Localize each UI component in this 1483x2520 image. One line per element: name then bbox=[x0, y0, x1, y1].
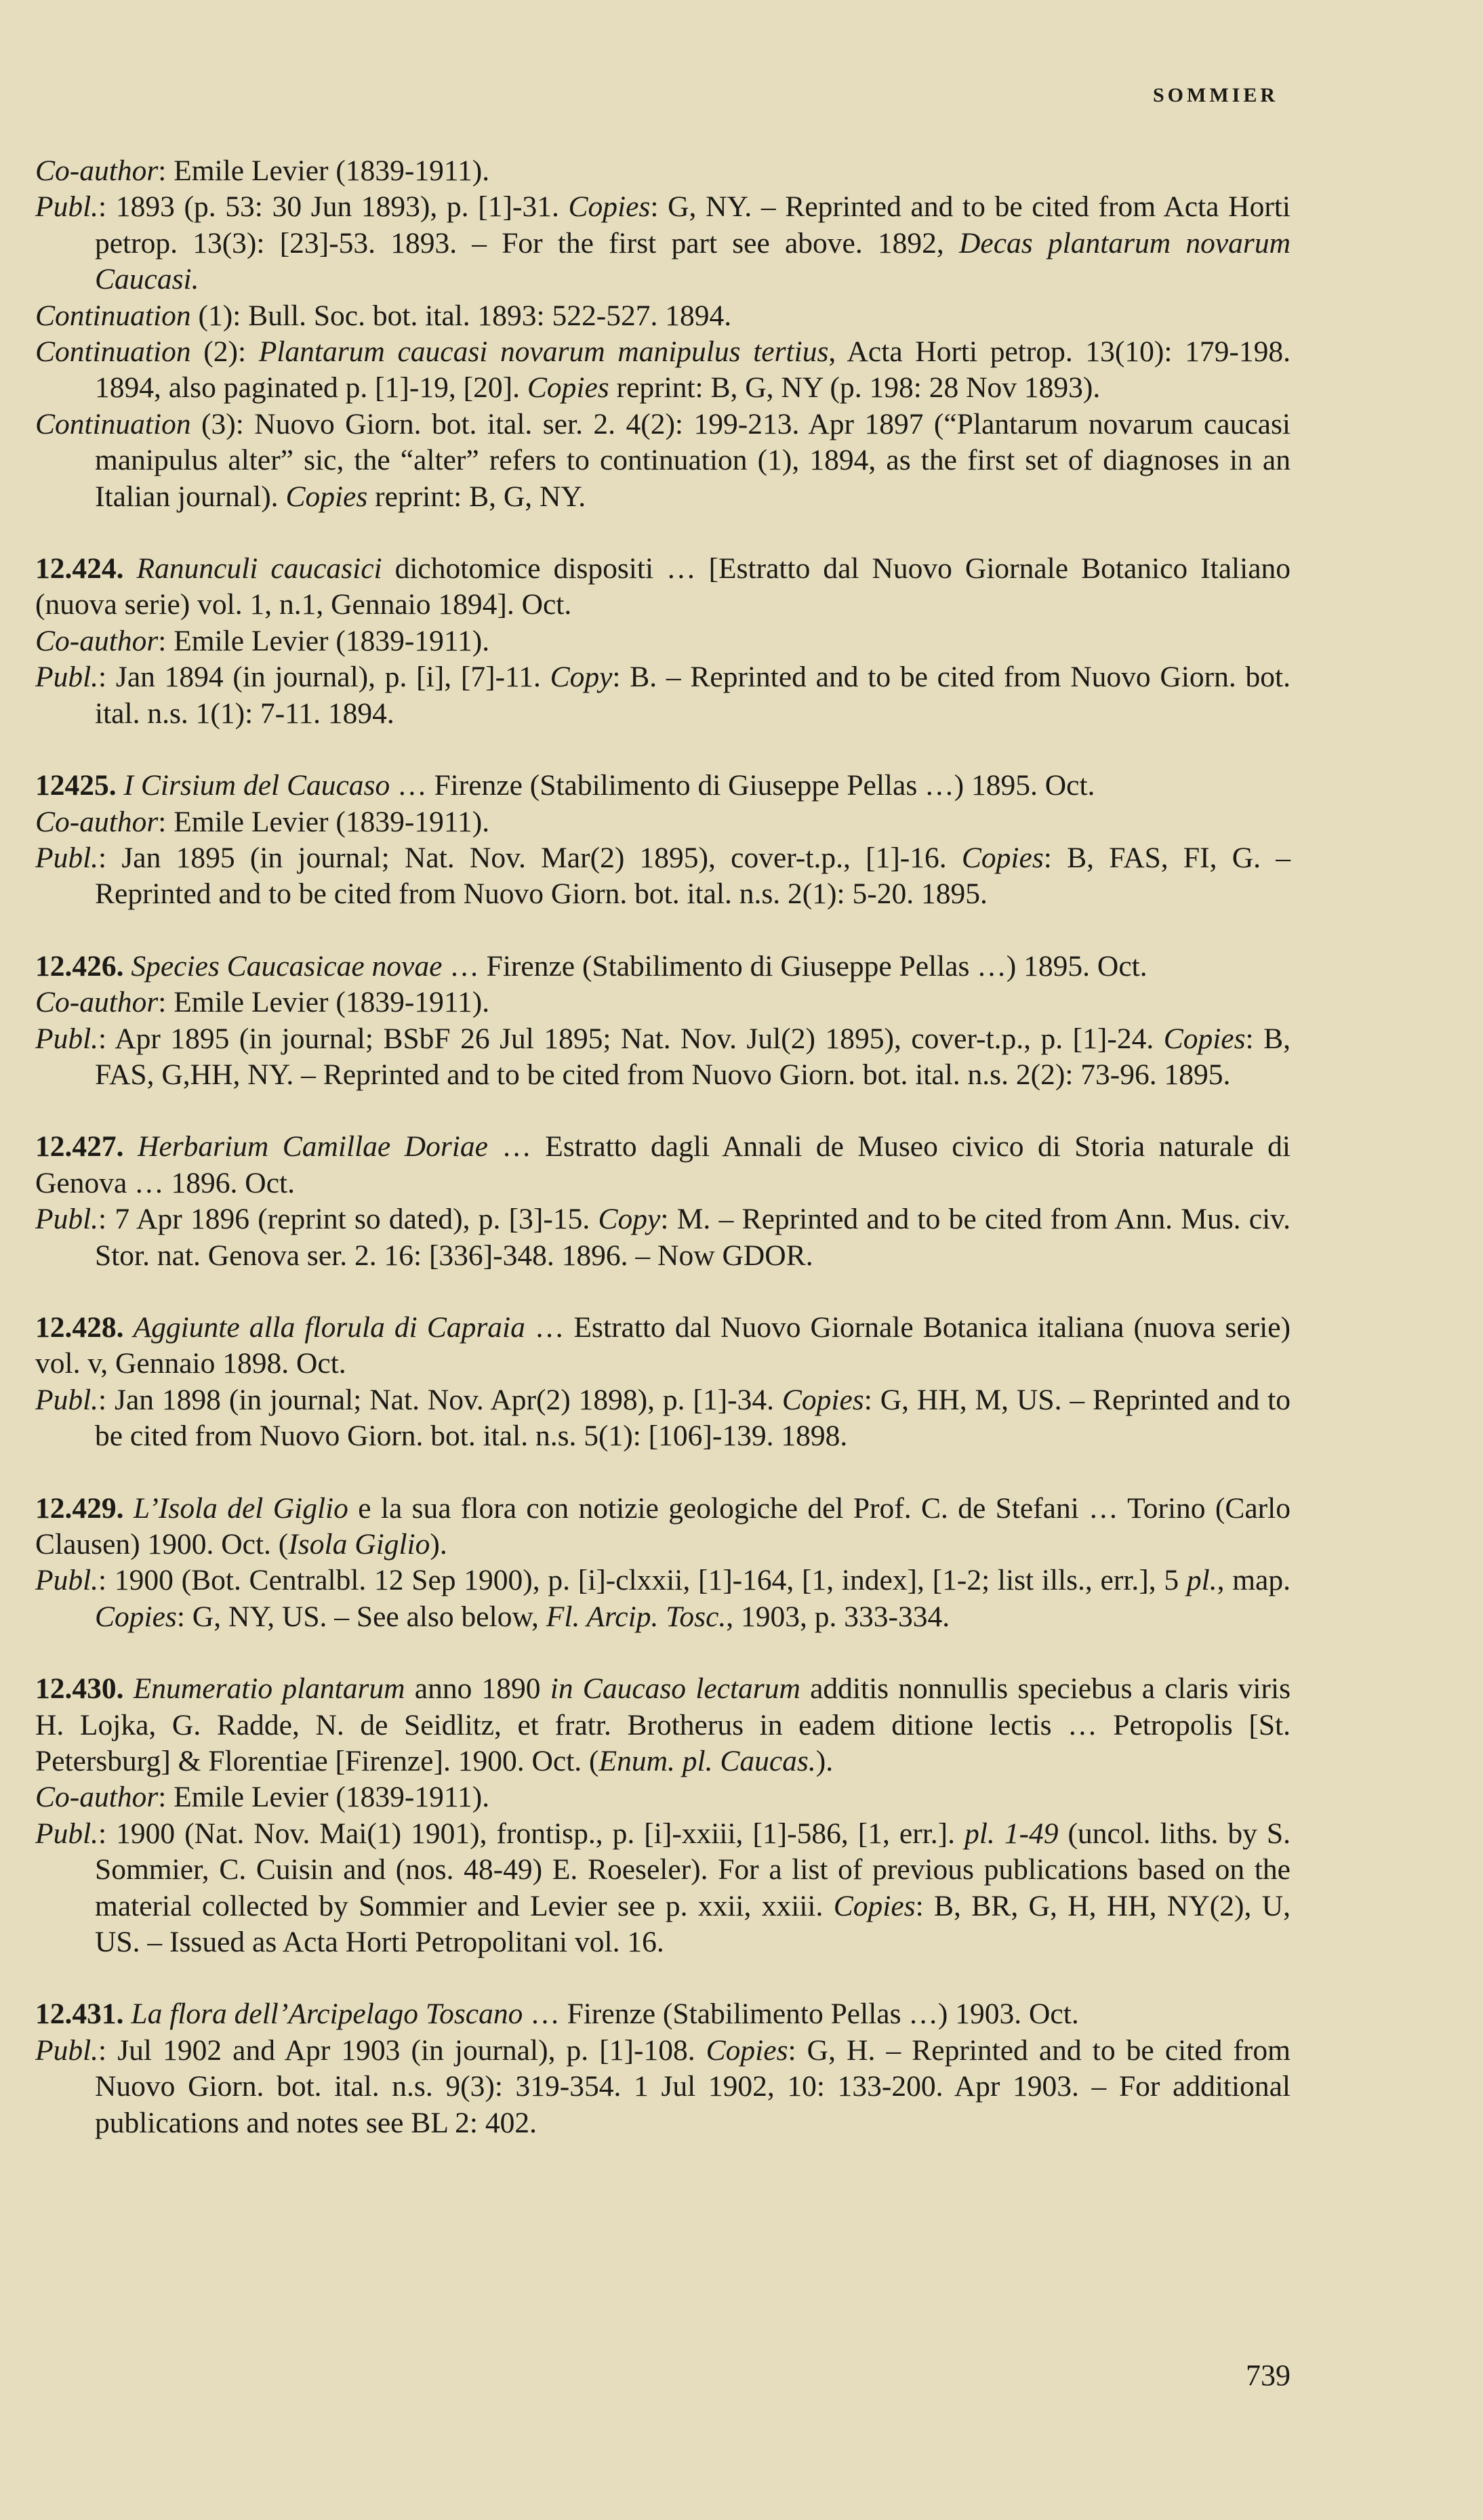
entry-title-italic: Herbarium Camillae Doriae bbox=[138, 1130, 488, 1163]
publ-text: : Jul 1902 and Apr 1903 (in journal), p.… bbox=[98, 2034, 706, 2067]
continuation-number: (1) bbox=[191, 299, 233, 332]
entry-number: 12.426. bbox=[35, 950, 124, 983]
entry-number: 12.424. bbox=[35, 552, 124, 585]
continuation-label: Continuation bbox=[35, 335, 191, 368]
coauthor-text: : Emile Levier (1839-1911). bbox=[158, 986, 489, 1018]
cited-title: Plantarum caucasi novarum manipulus tert… bbox=[259, 335, 829, 368]
entry-title-rest: … Firenze (Stabilimento Pellas …) 1903. … bbox=[523, 1998, 1078, 2030]
entry-title-italic: La flora dell’Arcipelago Toscano bbox=[131, 1998, 523, 2030]
continuation-number: (2) bbox=[191, 335, 238, 368]
copies-text: reprint: B, G, NY. bbox=[367, 480, 586, 513]
publ-label: Publ. bbox=[35, 1384, 98, 1416]
entry-title-rest: … Firenze (Stabilimento di Giuseppe Pell… bbox=[442, 950, 1147, 983]
entry-title: 12.426. Species Caucasicae novae … Firen… bbox=[35, 949, 1291, 985]
coauthor-line: Co-author: Emile Levier (1839-1911). bbox=[35, 804, 1291, 840]
entry-12426: 12.426. Species Caucasicae novae … Firen… bbox=[35, 949, 1291, 1094]
entry-number: 12.431. bbox=[35, 1998, 124, 2030]
entry-title: 12.429. L’Isola del Giglio e la sua flor… bbox=[35, 1491, 1291, 1563]
continuation-label: Continuation bbox=[35, 408, 191, 440]
publ-label: Publ. bbox=[35, 1023, 98, 1055]
publ-label: Publ. bbox=[35, 190, 98, 223]
copies-label: Copies bbox=[285, 480, 367, 513]
publ-text: : Apr 1895 (in journal; BSbF 26 Jul 1895… bbox=[98, 1023, 1164, 1055]
continuation-label: Continuation bbox=[35, 299, 191, 332]
publ-line: Publ.: 1893 (p. 53: 30 Jun 1893), p. [1]… bbox=[35, 189, 1291, 297]
publ-label: Publ. bbox=[35, 2034, 98, 2067]
entry-12427: 12.427. Herbarium Camillae Doriae … Estr… bbox=[35, 1129, 1291, 1274]
publ-label: Publ. bbox=[35, 1817, 98, 1850]
title-abbreviation: Isola Giglio bbox=[288, 1528, 430, 1561]
copies-label: Copies bbox=[527, 371, 609, 404]
entry-title-italic: L’Isola del Giglio bbox=[134, 1492, 348, 1525]
continuation-number: (3) bbox=[191, 408, 236, 440]
entry-title: 12.428. Aggiunte alla florula di Capraia… bbox=[35, 1310, 1291, 1382]
copies-label: Copies bbox=[962, 842, 1044, 874]
entry-12428: 12.428. Aggiunte alla florula di Capraia… bbox=[35, 1310, 1291, 1455]
copies-label: Copies bbox=[834, 1890, 916, 1922]
coauthor-text: : Emile Levier (1839-1911). bbox=[158, 154, 489, 187]
copies-label: Copies bbox=[706, 2034, 788, 2067]
coauthor-label: Co-author bbox=[35, 986, 158, 1018]
entry-12429: 12.429. L’Isola del Giglio e la sua flor… bbox=[35, 1491, 1291, 1636]
copies-label: Copy bbox=[550, 661, 613, 693]
publ-text: , map. bbox=[1217, 1564, 1291, 1596]
continued-entry: Co-author: Emile Levier (1839-1911). Pub… bbox=[35, 153, 1291, 515]
continuation-1: Continuation (1): Bull. Soc. bot. ital. … bbox=[35, 298, 1291, 334]
entry-title: 12.424. Ranunculi caucasici dichotomice … bbox=[35, 551, 1291, 623]
publ-line: Publ.: 1900 (Nat. Nov. Mai(1) 1901), fro… bbox=[35, 1816, 1291, 1961]
coauthor-label: Co-author bbox=[35, 625, 158, 657]
coauthor-line: Co-author: Emile Levier (1839-1911). bbox=[35, 153, 1291, 189]
publ-label: Publ. bbox=[35, 842, 98, 874]
publ-text: : Jan 1898 (in journal; Nat. Nov. Apr(2)… bbox=[98, 1384, 782, 1416]
plates-label: pl. bbox=[1187, 1564, 1217, 1596]
entry-title-italic: Enumeratio plantarum bbox=[134, 1672, 405, 1705]
page-body: Co-author: Emile Levier (1839-1911). Pub… bbox=[35, 153, 1291, 2141]
continuation-3: Continuation (3): Nuovo Giorn. bot. ital… bbox=[35, 407, 1291, 515]
publ-text: : 1900 (Nat. Nov. Mai(1) 1901), frontisp… bbox=[98, 1817, 964, 1850]
copies-label: Copies bbox=[95, 1600, 177, 1633]
entry-12425: 12425. I Cirsium del Caucaso … Firenze (… bbox=[35, 768, 1291, 913]
coauthor-line: Co-author: Emile Levier (1839-1911). bbox=[35, 985, 1291, 1020]
continuation-2: Continuation (2): Plantarum caucasi nova… bbox=[35, 334, 1291, 407]
entry-title-end: ). bbox=[816, 1745, 833, 1777]
coauthor-label: Co-author bbox=[35, 1781, 158, 1813]
coauthor-text: : Emile Levier (1839-1911). bbox=[158, 1781, 489, 1813]
entry-title: 12425. I Cirsium del Caucaso … Firenze (… bbox=[35, 768, 1291, 804]
entry-12430: 12.430. Enumeratio plantarum anno 1890 i… bbox=[35, 1671, 1291, 1960]
coauthor-line: Co-author: Emile Levier (1839-1911). bbox=[35, 623, 1291, 659]
publ-line: Publ.: Jan 1895 (in journal; Nat. Nov. M… bbox=[35, 840, 1291, 913]
publ-text: : 1900 (Bot. Centralbl. 12 Sep 1900), p.… bbox=[98, 1564, 1187, 1596]
publ-text: : 1893 (p. 53: 30 Jun 1893), p. [1]-31. bbox=[98, 190, 568, 223]
entry-number: 12425. bbox=[35, 769, 117, 802]
publ-label: Publ. bbox=[35, 1203, 98, 1235]
entry-12431: 12.431. La flora dell’Arcipelago Toscano… bbox=[35, 1996, 1291, 2141]
cross-reference-title: Fl. Arcip. Tosc. bbox=[546, 1600, 726, 1633]
coauthor-label: Co-author bbox=[35, 154, 158, 187]
publ-line: Publ.: Jan 1898 (in journal; Nat. Nov. A… bbox=[35, 1382, 1291, 1455]
separator: : bbox=[238, 335, 259, 368]
copies-label: Copies bbox=[569, 190, 651, 223]
entry-number: 12.430. bbox=[35, 1672, 124, 1705]
coauthor-text: : Emile Levier (1839-1911). bbox=[158, 625, 489, 657]
publ-line: Publ.: 1900 (Bot. Centralbl. 12 Sep 1900… bbox=[35, 1563, 1291, 1635]
publ-text: , 1903, p. 333-334. bbox=[726, 1600, 950, 1633]
entry-title-italic: I Cirsium del Caucaso bbox=[124, 769, 390, 802]
running-head: SOMMIER bbox=[1153, 84, 1278, 107]
entry-title-italic: Ranunculi caucasici bbox=[137, 552, 382, 585]
entry-title-rest: anno 1890 bbox=[405, 1672, 550, 1705]
publ-text: : Jan 1894 (in journal), p. [i], [7]-11. bbox=[98, 661, 550, 693]
plates-label: pl. 1-49 bbox=[964, 1817, 1058, 1850]
coauthor-label: Co-author bbox=[35, 806, 158, 838]
coauthor-text: : Emile Levier (1839-1911). bbox=[158, 806, 489, 838]
continuation-text: : Bull. Soc. bot. ital. 1893: 522-527. 1… bbox=[232, 299, 731, 332]
entry-12424: 12.424. Ranunculi caucasici dichotomice … bbox=[35, 551, 1291, 732]
publ-line: Publ.: Jul 1902 and Apr 1903 (in journal… bbox=[35, 2033, 1291, 2141]
publ-text: : Jan 1895 (in journal; Nat. Nov. Mar(2)… bbox=[98, 842, 962, 874]
page-number: 739 bbox=[1246, 2358, 1291, 2393]
coauthor-line: Co-author: Emile Levier (1839-1911). bbox=[35, 1779, 1291, 1815]
publ-text: : G, NY, US. – See also below, bbox=[177, 1600, 546, 1633]
entry-title-italic: in Caucaso lectarum bbox=[550, 1672, 800, 1705]
publ-line: Publ.: 7 Apr 1896 (reprint so dated), p.… bbox=[35, 1201, 1291, 1274]
entry-number: 12.429. bbox=[35, 1492, 124, 1525]
copies-label: Copies bbox=[782, 1384, 864, 1416]
entry-title: 12.431. La flora dell’Arcipelago Toscano… bbox=[35, 1996, 1291, 2032]
publ-line: Publ.: Apr 1895 (in journal; BSbF 26 Jul… bbox=[35, 1021, 1291, 1094]
publ-line: Publ.: Jan 1894 (in journal), p. [i], [7… bbox=[35, 659, 1291, 732]
copies-label: Copies bbox=[1164, 1023, 1246, 1055]
copies-text: reprint: B, G, NY (p. 198: 28 Nov 1893). bbox=[609, 371, 1101, 404]
entry-title: 12.430. Enumeratio plantarum anno 1890 i… bbox=[35, 1671, 1291, 1779]
publ-text: : 7 Apr 1896 (reprint so dated), p. [3]-… bbox=[98, 1203, 598, 1235]
entry-number: 12.427. bbox=[35, 1130, 124, 1163]
publ-label: Publ. bbox=[35, 1564, 98, 1596]
copies-label: Copy bbox=[598, 1203, 661, 1235]
publ-label: Publ. bbox=[35, 661, 98, 693]
entry-title-italic: Species Caucasicae novae bbox=[131, 950, 442, 983]
title-abbreviation: Enum. pl. Caucas. bbox=[599, 1745, 816, 1777]
entry-title: 12.427. Herbarium Camillae Doriae … Estr… bbox=[35, 1129, 1291, 1201]
entry-title-rest: … Firenze (Stabilimento di Giuseppe Pell… bbox=[390, 769, 1095, 802]
continuation-text: : Nuovo Giorn. bot. ital. ser. 2. 4(2): … bbox=[95, 408, 1291, 513]
entry-title-italic: Aggiunte alla florula di Capraia bbox=[134, 1311, 525, 1344]
entry-title-end: ). bbox=[430, 1528, 447, 1561]
entry-number: 12.428. bbox=[35, 1311, 124, 1344]
